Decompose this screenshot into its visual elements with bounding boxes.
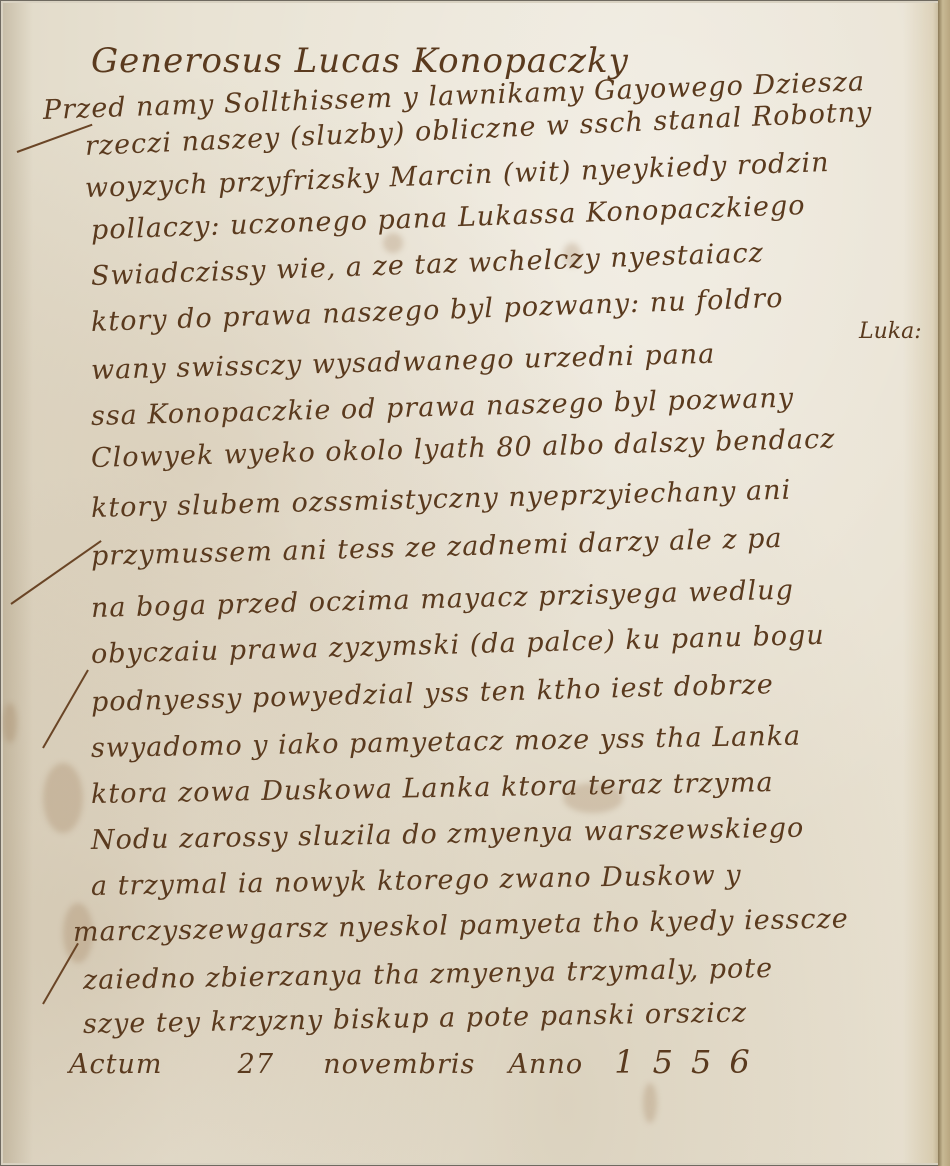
manuscript-line: Nodu zarossy sluzila do zmyenya warszews… [91, 813, 805, 856]
manuscript-line: na boga przed oczima mayacz przisyega we… [91, 575, 795, 624]
ink-stain [643, 1083, 657, 1123]
manuscript-line: swyadomo y iako pamyetacz moze yss tha L… [91, 721, 802, 764]
date-year: 1556 [614, 1043, 767, 1081]
document-frame: Generosus Lucas Konopaczky Przed namy So… [0, 0, 950, 1166]
manuscript-line: ktory slubem ozssmistyczny nyeprzyiechan… [91, 475, 792, 524]
manuscript-line: ktory do prawa naszego byl pozwany: nu f… [90, 283, 783, 338]
manuscript-line: ktora zowa Duskowa Lanka ktora teraz trz… [91, 767, 774, 810]
margin-flourish [42, 670, 89, 749]
manuscript-line: Swiadczissy wie, a ze taz wchelczy nyest… [90, 238, 764, 292]
manuscript-line: przymussem ani tess ze zadnemi darzy ale… [91, 523, 783, 572]
manuscript-line: Clowyek wyeko okolo lyath 80 albo dalszy… [91, 424, 836, 474]
manuscript-line: a trzymal ia nowyk ktorego zwano Duskow … [91, 860, 742, 902]
ink-stain [3, 703, 17, 743]
manuscript-page: Generosus Lucas Konopaczky Przed namy So… [3, 3, 941, 1163]
manuscript-line: podnyessy powyedzial yss ten ktho iest d… [91, 669, 775, 718]
date-anno: Anno [509, 1049, 584, 1080]
date-prefix: Actum [69, 1049, 162, 1080]
manuscript-line: szye tey krzyzny biskup a pote panski or… [83, 997, 748, 1040]
margin-flourish [17, 124, 93, 153]
date-line: Actum 27 novembris Anno 1556 [69, 1043, 768, 1081]
document-heading: Generosus Lucas Konopaczky [91, 41, 629, 81]
date-month: novembris [323, 1049, 475, 1080]
manuscript-line: ssa Konopaczkie od prawa naszego byl poz… [91, 383, 795, 432]
page-edge [938, 0, 950, 1166]
manuscript-line: zaiedno zbierzanya tha zmyenya trzymaly,… [83, 953, 774, 996]
manuscript-line: obyczaiu prawa zyzymski (da palce) ku pa… [91, 620, 825, 670]
manuscript-line: marczyszewgarsz nyeskol pamyeta tho kyed… [73, 903, 849, 948]
margin-flourish [10, 540, 101, 605]
margin-flourish [42, 943, 79, 1005]
margin-note: Luka: [859, 319, 922, 344]
manuscript-line: wany swissczy wysadwanego urzedni pana [91, 339, 716, 386]
ink-stain [43, 763, 83, 833]
date-day: 27 [238, 1049, 274, 1080]
